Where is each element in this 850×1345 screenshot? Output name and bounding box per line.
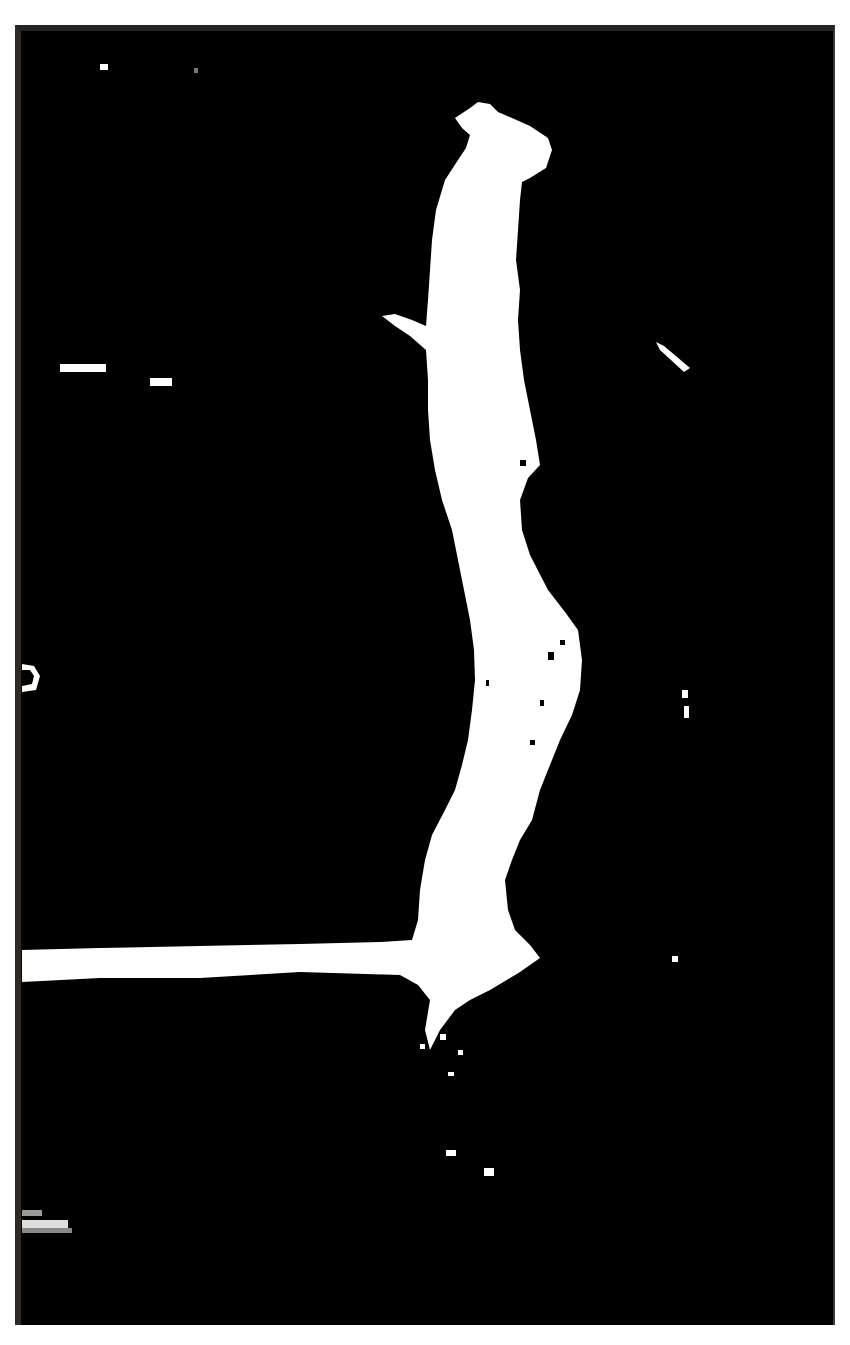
mask-main-trunk [22, 102, 582, 1050]
mask-noise-specks [22, 64, 690, 1233]
segmentation-mask [0, 0, 850, 1345]
